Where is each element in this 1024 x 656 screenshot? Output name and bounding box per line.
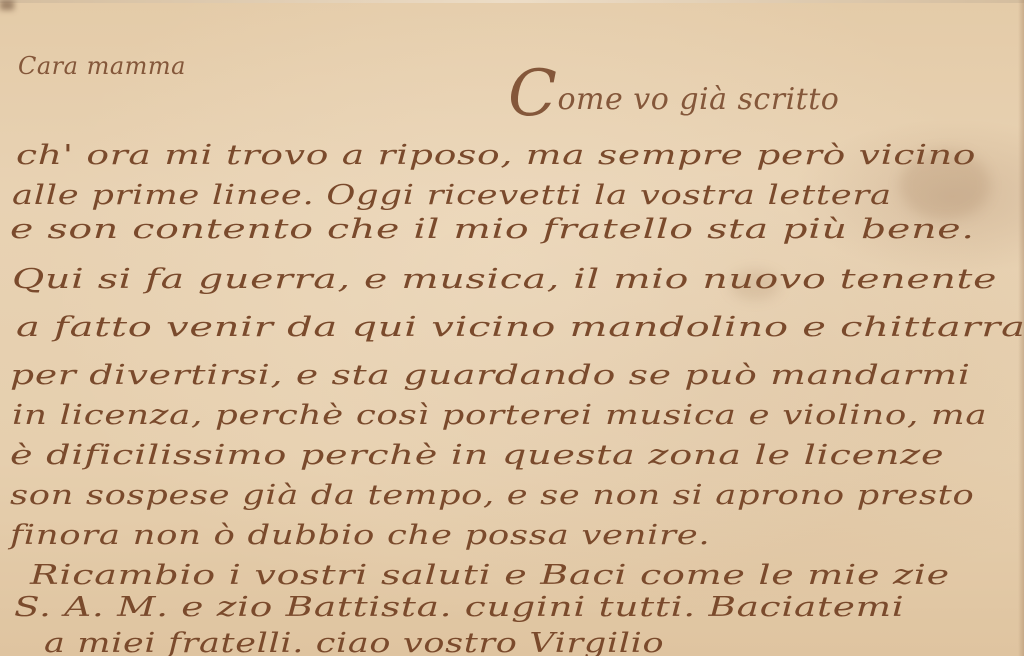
letter-line: a fatto venir da qui vicino mandolino e … — [16, 312, 1024, 343]
letter-line: in licenza, perchè così porterei musica … — [12, 400, 987, 431]
letter-line: Ricambio i vostri saluti e Baci come le … — [30, 560, 950, 591]
letter-line: Qui si fa guerra, e musica, il mio nuovo… — [12, 264, 997, 295]
letter-line: alle prime linee. Oggi ricevetti la vost… — [12, 180, 892, 211]
letter-line: per divertirsi, e sta guardando se può m… — [10, 360, 971, 391]
letter-line: finora non ò dubbio che possa venire. — [10, 520, 710, 551]
letter-line: son sospese già da tempo, e se non si ap… — [10, 480, 974, 511]
letter-line: è dificilissimo perchè in questa zona le… — [10, 440, 944, 471]
letter-line: e son contento che il mio fratello sta p… — [10, 214, 975, 245]
letter-page: Cara mamma Come vo già scritto ch' ora m… — [0, 0, 1024, 656]
salutation: Cara mamma — [18, 52, 186, 80]
opening-initial: C — [508, 57, 557, 131]
letter-closing-line: a miei fratelli. ciao vostro Virgilio — [44, 628, 664, 656]
paper-corner-stain — [0, 0, 14, 10]
letter-line: S. A. M. e zio Battista. cugini tutti. B… — [14, 592, 904, 623]
letter-line: ch' ora mi trovo a riposo, ma sempre per… — [16, 140, 976, 171]
opening-text: ome vo già scritto — [557, 82, 839, 117]
opening-line: Come vo già scritto — [508, 82, 839, 117]
